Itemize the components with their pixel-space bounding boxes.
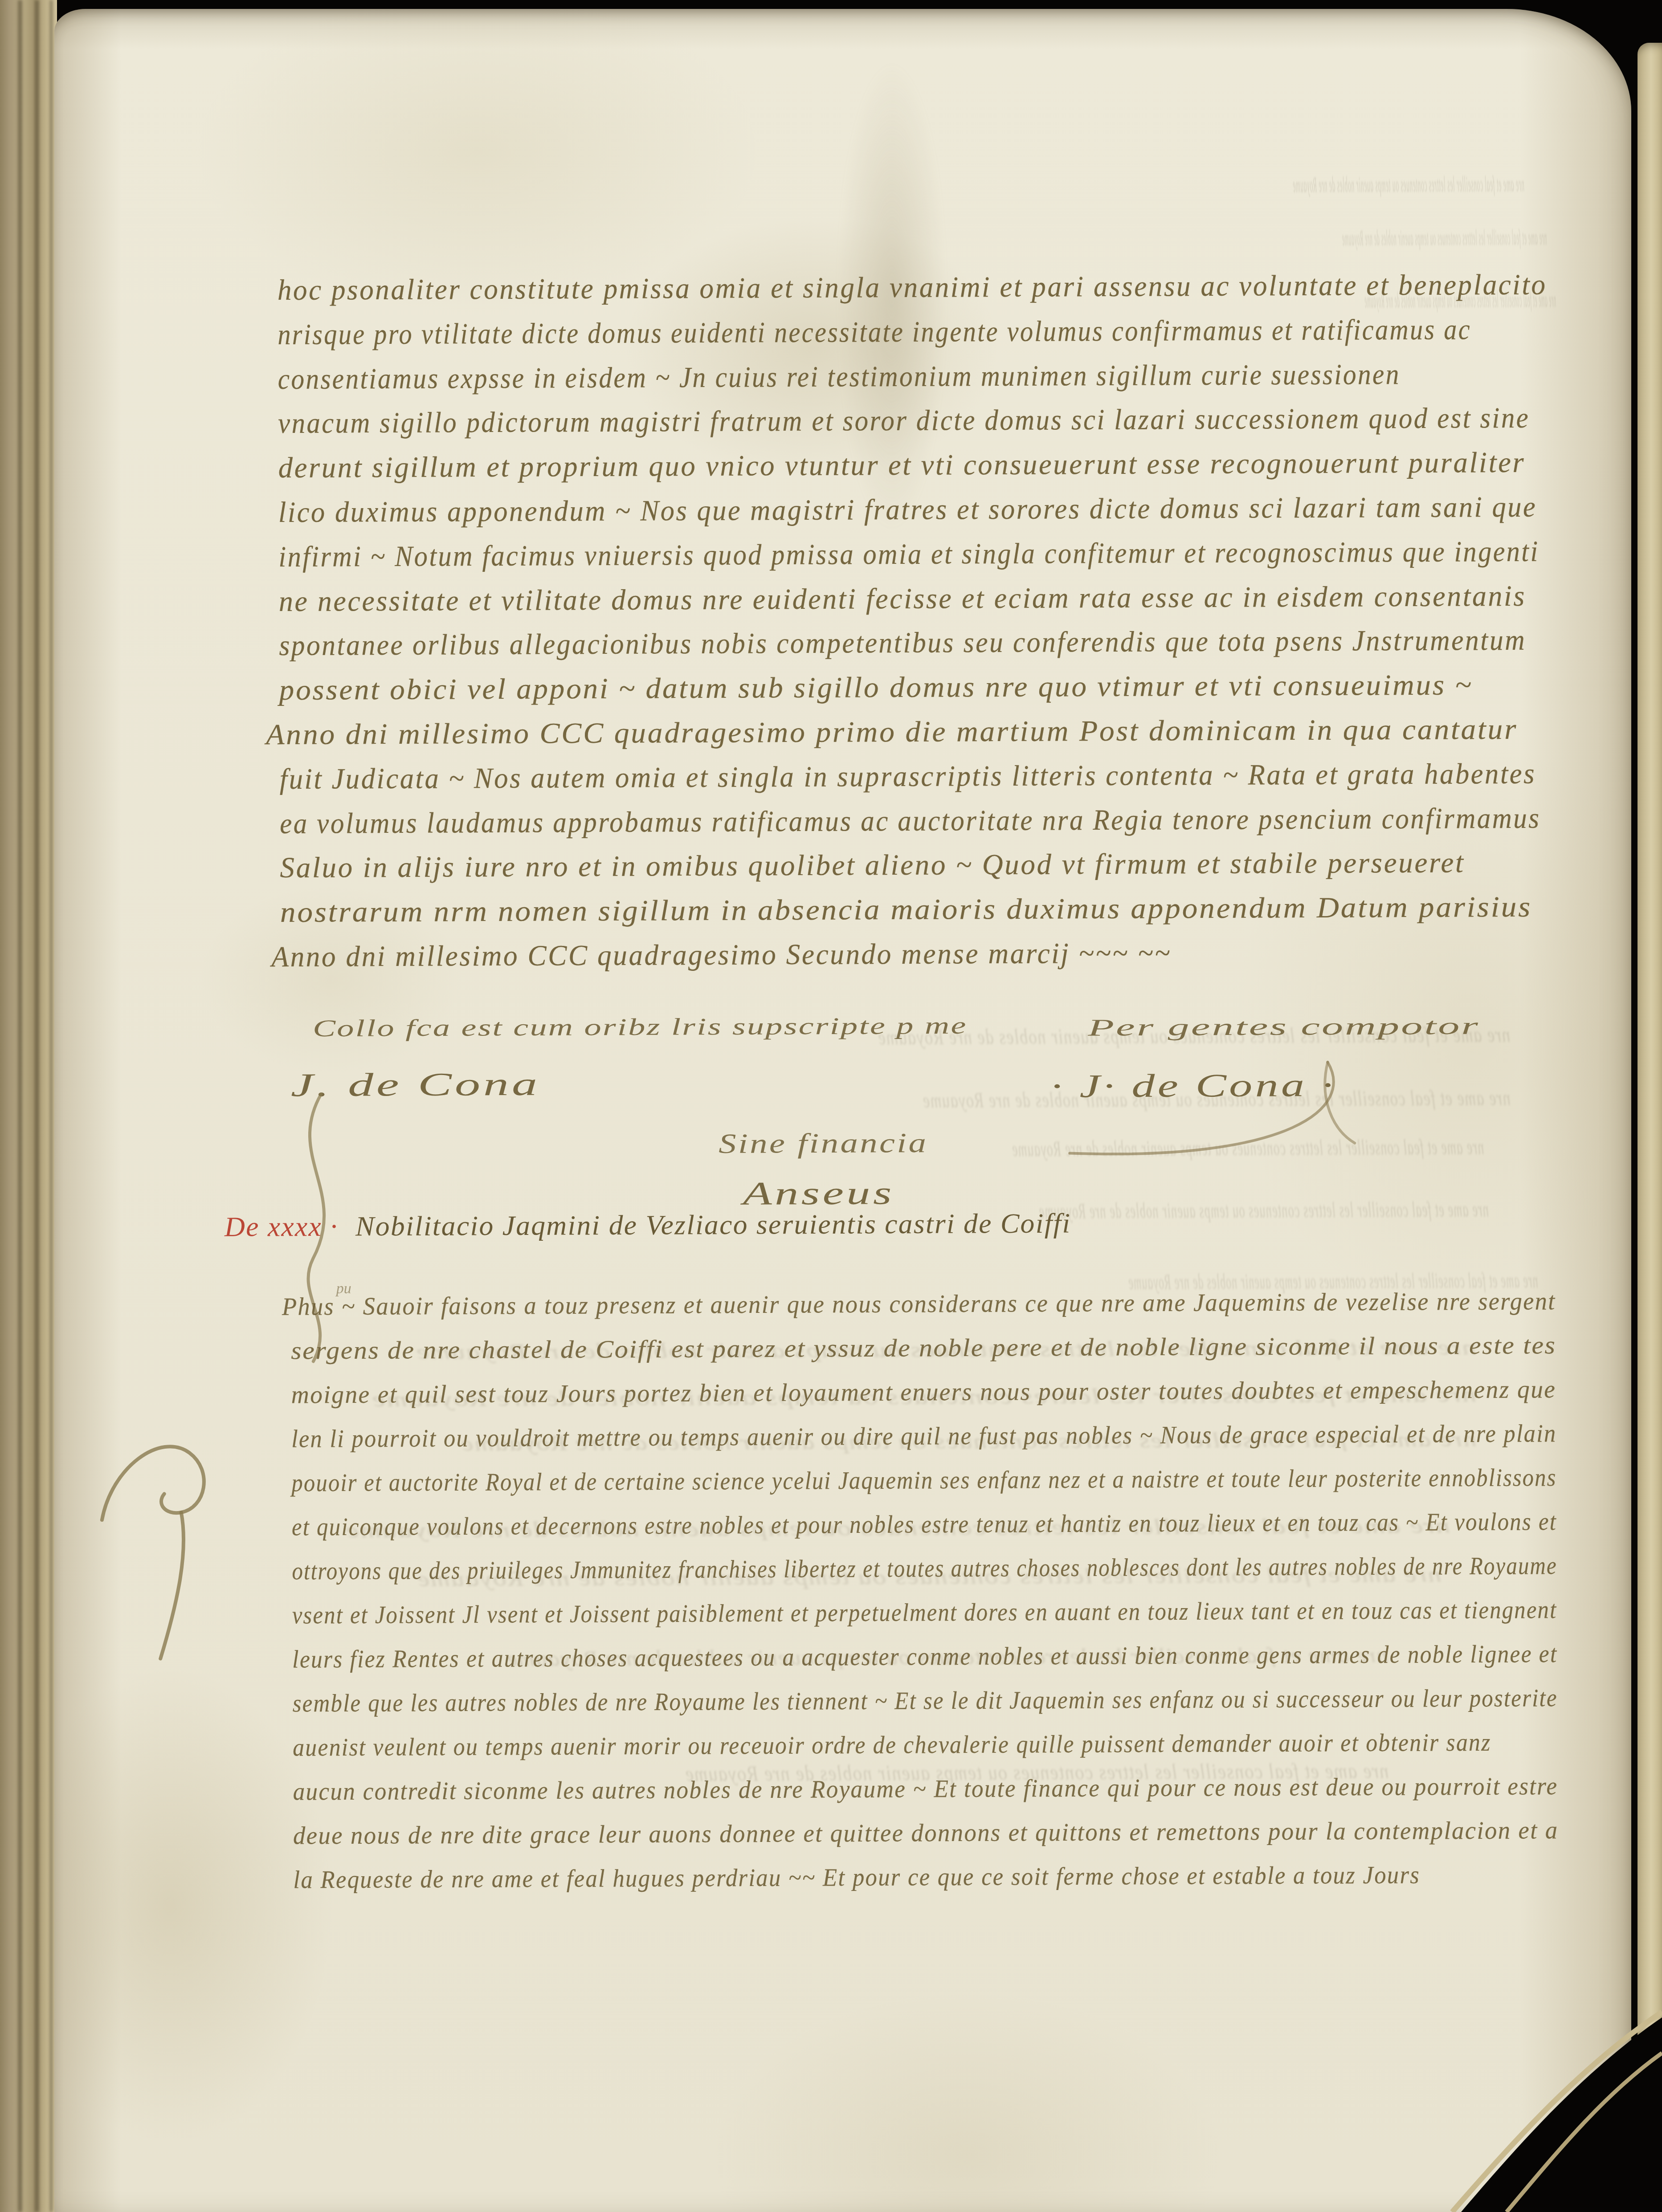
latin-line: derunt sigillum et proprium quo vnico vt… [278, 445, 1525, 485]
margin-paraph-icon [94, 1405, 215, 1663]
latin-line: Anno dni millesimo CCC quadragesimo Secu… [271, 936, 1172, 974]
french-line: la Requeste de nre ame et feal hugues pe… [293, 1861, 1420, 1894]
french-line: et quiconque voulons et decernons estre … [292, 1507, 1557, 1542]
bleedthrough-line: nre ame et feal conseiller les lettres c… [1342, 225, 1547, 251]
rubric-title: Nobilitacio Jaqmini de Vezliaco seruient… [355, 1208, 1071, 1242]
latin-line: ne necessitate et vtilitate domus nre eu… [279, 579, 1526, 618]
latin-line: Anno dni millesimo CCC quadragesimo prim… [266, 712, 1518, 751]
latin-line: nostrarum nrm nomen sigillum in absencia… [280, 890, 1532, 929]
signature-flourish [1042, 1058, 1381, 1193]
ink-layer: nre ame et feal conseiller les lettres c… [0, 0, 1662, 2212]
fee-note: Sine financia [719, 1127, 928, 1160]
manuscript-scan: { "latin_block": { "lines": [ "hoc psona… [0, 0, 1662, 2212]
latin-line: hoc psonaliter constitute pmissa omia et… [278, 268, 1547, 307]
latin-line: Saluo in alijs iure nro et in omibus quo… [280, 846, 1465, 884]
french-line: deue nous de nre dite grace leur auons d… [293, 1816, 1559, 1850]
french-line: semble que les autres nobles de nre Roya… [293, 1684, 1558, 1718]
french-line: leurs fiez Rentes et autres choses acque… [292, 1640, 1557, 1674]
bleedthrough-line: nre ame et feal conseiller les lettres c… [1293, 171, 1524, 197]
latin-line: vnacum sigillo pdictorum magistri fratru… [278, 401, 1530, 440]
latin-line: consentiamus expsse in eisdem ~ Jn cuius… [278, 357, 1401, 396]
french-line: auenist veulent ou temps auenir morir ou… [293, 1728, 1491, 1762]
bleedthrough-line: nre ame et feal conseiller les lettres c… [1039, 1197, 1489, 1224]
latin-line: ea volumus laudamus approbamus ratificam… [280, 801, 1541, 840]
latin-line: nrisque pro vtilitate dicte domus euiden… [278, 312, 1471, 351]
rubric-line: De xxxx ·Nobilitacio Jaqmini de Vezliaco… [225, 1208, 1071, 1243]
french-line: Phus ~ Sauoir faisons a touz presenz et … [282, 1287, 1556, 1321]
latin-line: spontanee orlibus allegacionibus nobis c… [279, 623, 1526, 662]
french-line: ottroyons que des priuileges Jmmunitez f… [292, 1552, 1557, 1586]
french-line: sergens de nre chastel de Coiffi est par… [291, 1331, 1556, 1365]
rubric-number: De xxxx · [225, 1211, 355, 1243]
french-line: pouoir et auctorite Royal et de certaine… [291, 1463, 1556, 1498]
french-line: moigne et quil sest touz Jours portez bi… [291, 1375, 1556, 1409]
french-line: len li pourroit ou vouldroit mettre ou t… [291, 1419, 1557, 1454]
latin-line: infirmi ~ Notum facimus vniuersis quod p… [278, 534, 1539, 574]
chamber-note: Per gentes compotor [1088, 1013, 1480, 1042]
latin-line: possent obici vel apponi ~ datum sub sig… [279, 668, 1473, 707]
latin-line: fuit Judicata ~ Nos autem omia et singla… [279, 757, 1536, 796]
latin-line: lico duximus apponendum ~ Nos que magist… [278, 490, 1537, 529]
chancery-signature: Anseus [743, 1174, 894, 1213]
collation-note: Collo fca est cum oribz lris supscripte … [313, 1012, 968, 1043]
french-line: vsent et Joissent Jl vsent et Joissent p… [292, 1596, 1557, 1630]
french-line: aucun contredit siconme les autres noble… [293, 1772, 1558, 1806]
